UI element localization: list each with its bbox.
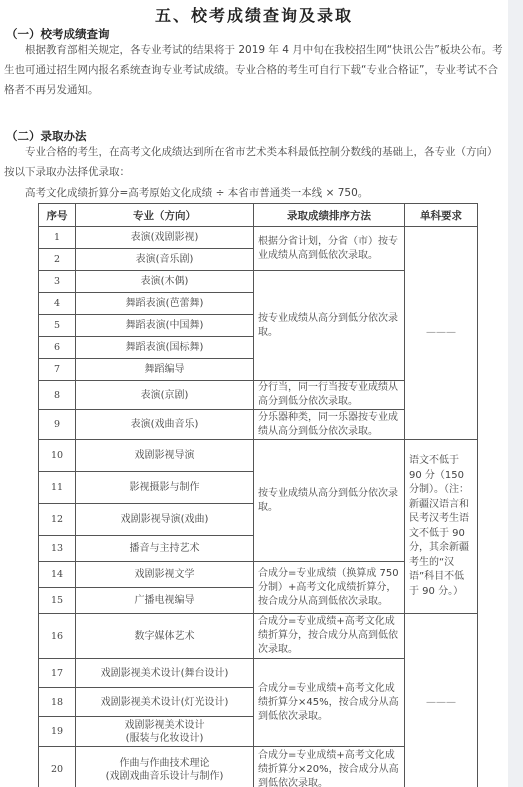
row-major: 表演(戏曲音乐) bbox=[76, 410, 254, 440]
row-major: 戏剧影视导演 bbox=[76, 440, 254, 472]
row-major: 戏剧影视美术设计(舞台设计) bbox=[76, 659, 254, 688]
row-major: 舞蹈编导 bbox=[76, 359, 254, 381]
row-method: 合成分=专业成绩+高考文化成绩折算分×20%，按合成分从高到低依次录取。 bbox=[254, 747, 405, 787]
row-requirement: ——— bbox=[405, 227, 478, 440]
row-major: 表演(戏剧影视) bbox=[76, 227, 254, 249]
row-no: 3 bbox=[39, 271, 76, 293]
row-major: 播音与主持艺术 bbox=[76, 536, 254, 562]
row-method: 合成分=专业成绩+高考文化成绩折算分×45%，按合成分从高到低依次录取。 bbox=[254, 659, 405, 747]
row-method: 分乐器种类，同一乐器按专业成绩从高分到低分依次录取。 bbox=[254, 410, 405, 440]
row-major: 戏剧影视美术设计(灯光设计) bbox=[76, 688, 254, 717]
row-no: 13 bbox=[39, 536, 76, 562]
row-major: 数字媒体艺术 bbox=[76, 614, 254, 659]
row-major: 舞蹈表演(国标舞) bbox=[76, 337, 254, 359]
row-no: 2 bbox=[39, 249, 76, 271]
page-title: 五、校考成绩查询及录取 bbox=[0, 3, 508, 26]
row-method: 合成分=专业成绩+高考文化成绩折算分，按合成分从高到低依次录取。 bbox=[254, 614, 405, 659]
table-row: 10 戏剧影视导演 按专业成绩从高分到低分依次录取。 语文不低于 90 分（15… bbox=[39, 440, 478, 472]
row-no: 4 bbox=[39, 293, 76, 315]
row-method: 合成分=专业成绩（换算成 750 分制）+高考文化成绩折算分，按合成分从高到低依… bbox=[254, 562, 405, 614]
row-no: 12 bbox=[39, 504, 76, 536]
row-no: 5 bbox=[39, 315, 76, 337]
row-no: 6 bbox=[39, 337, 76, 359]
table-header-row: 序号 专业（方向） 录取成绩排序方法 单科要求 bbox=[39, 204, 478, 227]
row-major: 影视摄影与制作 bbox=[76, 472, 254, 504]
row-method: 根据分省计划，分省（市）按专业成绩从高到低依次录取。 bbox=[254, 227, 405, 271]
row-no: 7 bbox=[39, 359, 76, 381]
row-major: 戏剧影视导演(戏曲) bbox=[76, 504, 254, 536]
table-row: 16 数字媒体艺术 合成分=专业成绩+高考文化成绩折算分，按合成分从高到低依次录… bbox=[39, 614, 478, 659]
row-requirement: 语文不低于 90 分（150 分制）。（注：新疆汉语言和民考汉考生语文不低于 9… bbox=[405, 440, 478, 614]
row-no: 14 bbox=[39, 562, 76, 588]
row-no: 19 bbox=[39, 717, 76, 747]
row-major-line1: 作曲与作曲技术理论 bbox=[80, 757, 249, 770]
row-major: 广播电视编导 bbox=[76, 588, 254, 614]
row-major: 舞蹈表演(芭蕾舞) bbox=[76, 293, 254, 315]
row-major: 戏剧影视文学 bbox=[76, 562, 254, 588]
row-no: 10 bbox=[39, 440, 76, 472]
row-major: 舞蹈表演(中国舞) bbox=[76, 315, 254, 337]
row-no: 18 bbox=[39, 688, 76, 717]
row-no: 8 bbox=[39, 381, 76, 410]
row-no: 9 bbox=[39, 410, 76, 440]
header-major: 专业（方向） bbox=[76, 204, 254, 227]
page-gutter bbox=[508, 0, 523, 787]
row-major-line1: 戏剧影视美术设计 bbox=[80, 719, 249, 732]
header-method: 录取成绩排序方法 bbox=[254, 204, 405, 227]
row-no: 20 bbox=[39, 747, 76, 787]
row-major-line2: (服装与化妆设计) bbox=[80, 732, 249, 745]
header-requirement: 单科要求 bbox=[405, 204, 478, 227]
row-major-line2: (戏剧戏曲音乐设计与制作) bbox=[80, 770, 249, 783]
row-no: 11 bbox=[39, 472, 76, 504]
row-method: 分行当，同一行当按专业成绩从高分到低分依次录取。 bbox=[254, 381, 405, 410]
header-no: 序号 bbox=[39, 204, 76, 227]
admission-table: 序号 专业（方向） 录取成绩排序方法 单科要求 1 表演(戏剧影视) 根据分省计… bbox=[38, 203, 478, 787]
document-page: 五、校考成绩查询及录取 （一）校考成绩查询 根据教育部相关规定，各专业考试的结果… bbox=[0, 0, 508, 787]
row-major: 戏剧影视美术设计 (服装与化妆设计) bbox=[76, 717, 254, 747]
row-no: 1 bbox=[39, 227, 76, 249]
section-paragraph-admission-method: 专业合格的考生，在高考文化成绩达到所在省市艺术类本科最低控制分数线的基础上，各专… bbox=[4, 142, 504, 182]
section-paragraph-score-query: 根据教育部相关规定，各专业考试的结果将于 2019 年 4 月中旬在我校招生网“… bbox=[4, 40, 504, 100]
row-method: 按专业成绩从高分到低分依次录取。 bbox=[254, 440, 405, 562]
row-method: 按专业成绩从高分到低分依次录取。 bbox=[254, 271, 405, 381]
score-conversion-formula: 高考文化成绩折算分=高考原始文化成绩 ÷ 本省市普通类一本线 × 750。 bbox=[25, 185, 368, 200]
row-major: 表演(京剧) bbox=[76, 381, 254, 410]
row-major: 作曲与作曲技术理论 (戏剧戏曲音乐设计与制作) bbox=[76, 747, 254, 787]
row-requirement: ——— bbox=[405, 614, 478, 787]
row-major: 表演(木偶) bbox=[76, 271, 254, 293]
row-no: 16 bbox=[39, 614, 76, 659]
table-row: 1 表演(戏剧影视) 根据分省计划，分省（市）按专业成绩从高到低依次录取。 ——… bbox=[39, 227, 478, 249]
row-major: 表演(音乐剧) bbox=[76, 249, 254, 271]
row-no: 17 bbox=[39, 659, 76, 688]
row-no: 15 bbox=[39, 588, 76, 614]
